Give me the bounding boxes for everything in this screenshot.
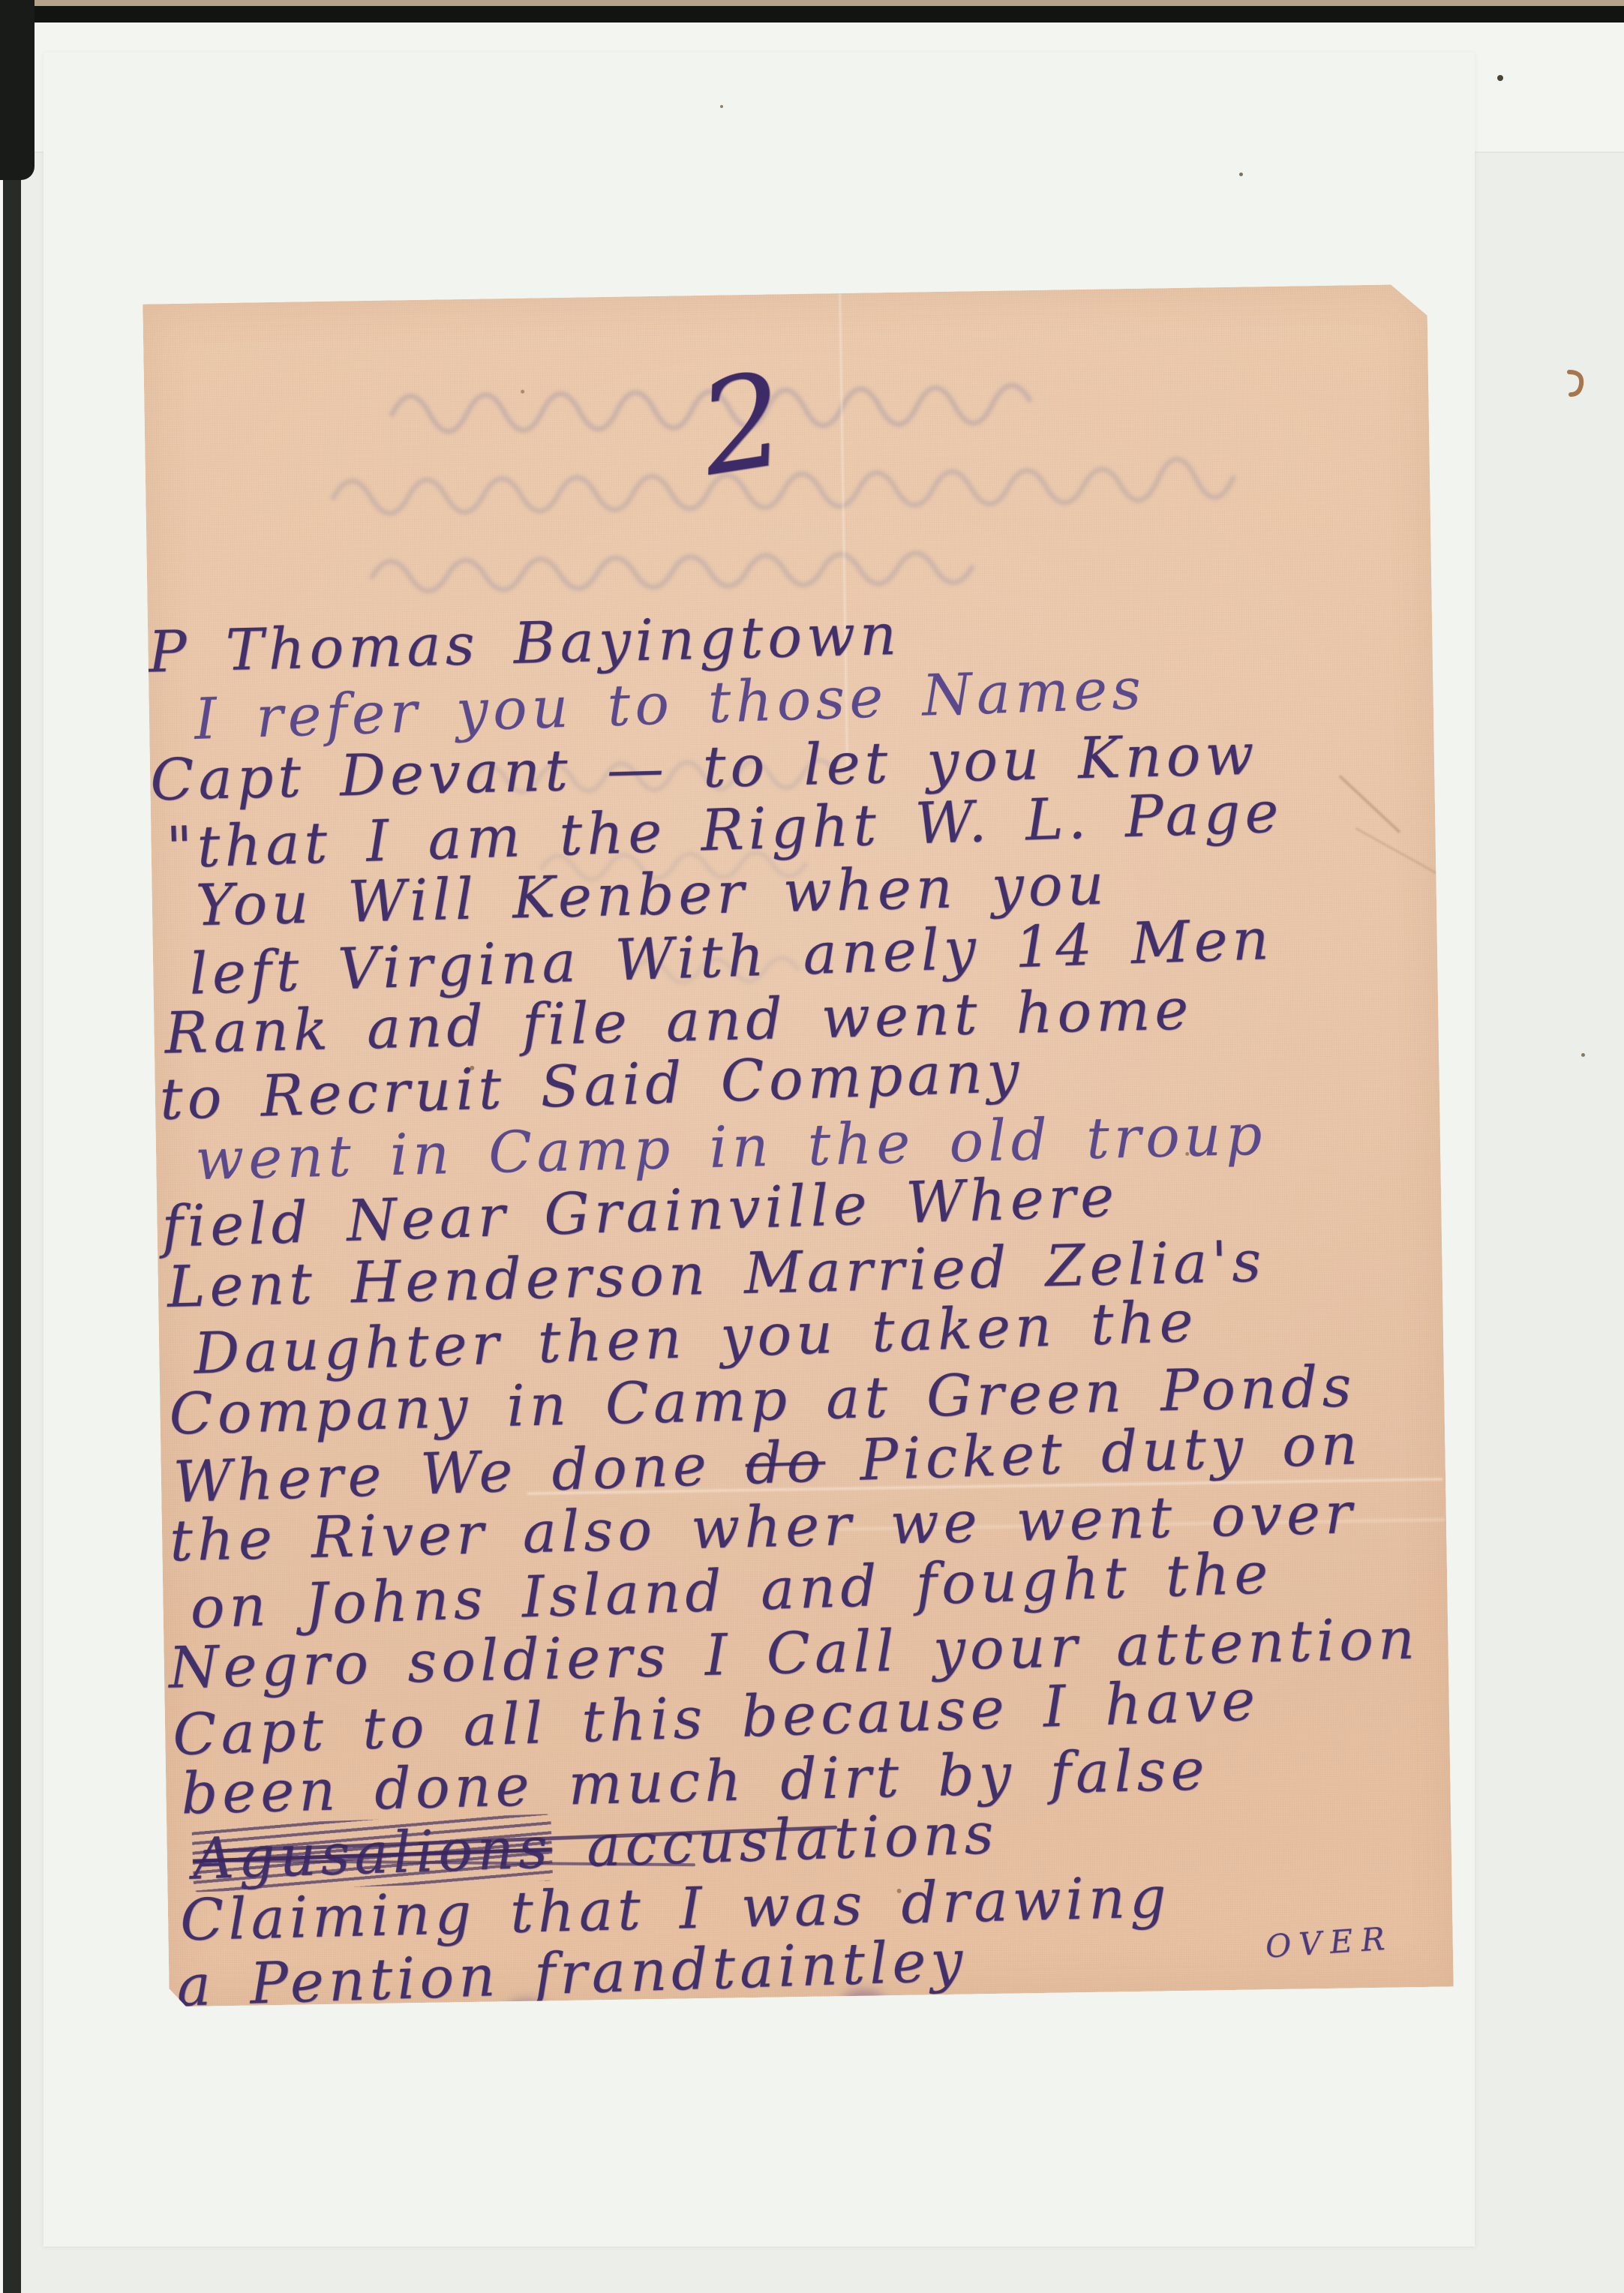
paper-fiber-curl bbox=[1565, 369, 1587, 399]
dust-speck bbox=[1497, 75, 1503, 81]
letter-line-struck-word: do bbox=[744, 1427, 826, 1496]
over-label: OVER bbox=[1264, 1919, 1394, 1964]
scan-corner-shadow bbox=[0, 0, 35, 180]
scan-edge-left-strip bbox=[3, 0, 21, 2293]
letter-paper: 2 P Thomas Bayingtown I refer you to tho… bbox=[143, 284, 1453, 2007]
dust-speck bbox=[1239, 173, 1243, 176]
scan-edge-top-bar bbox=[0, 6, 1624, 23]
page-number: 2 bbox=[690, 344, 794, 506]
scanned-letter-page: 2 P Thomas Bayingtown I refer you to tho… bbox=[0, 0, 1624, 2293]
paper-crease bbox=[1338, 775, 1400, 833]
dust-speck bbox=[1581, 1053, 1585, 1057]
dust-speck bbox=[521, 390, 524, 394]
dust-speck bbox=[720, 105, 723, 108]
